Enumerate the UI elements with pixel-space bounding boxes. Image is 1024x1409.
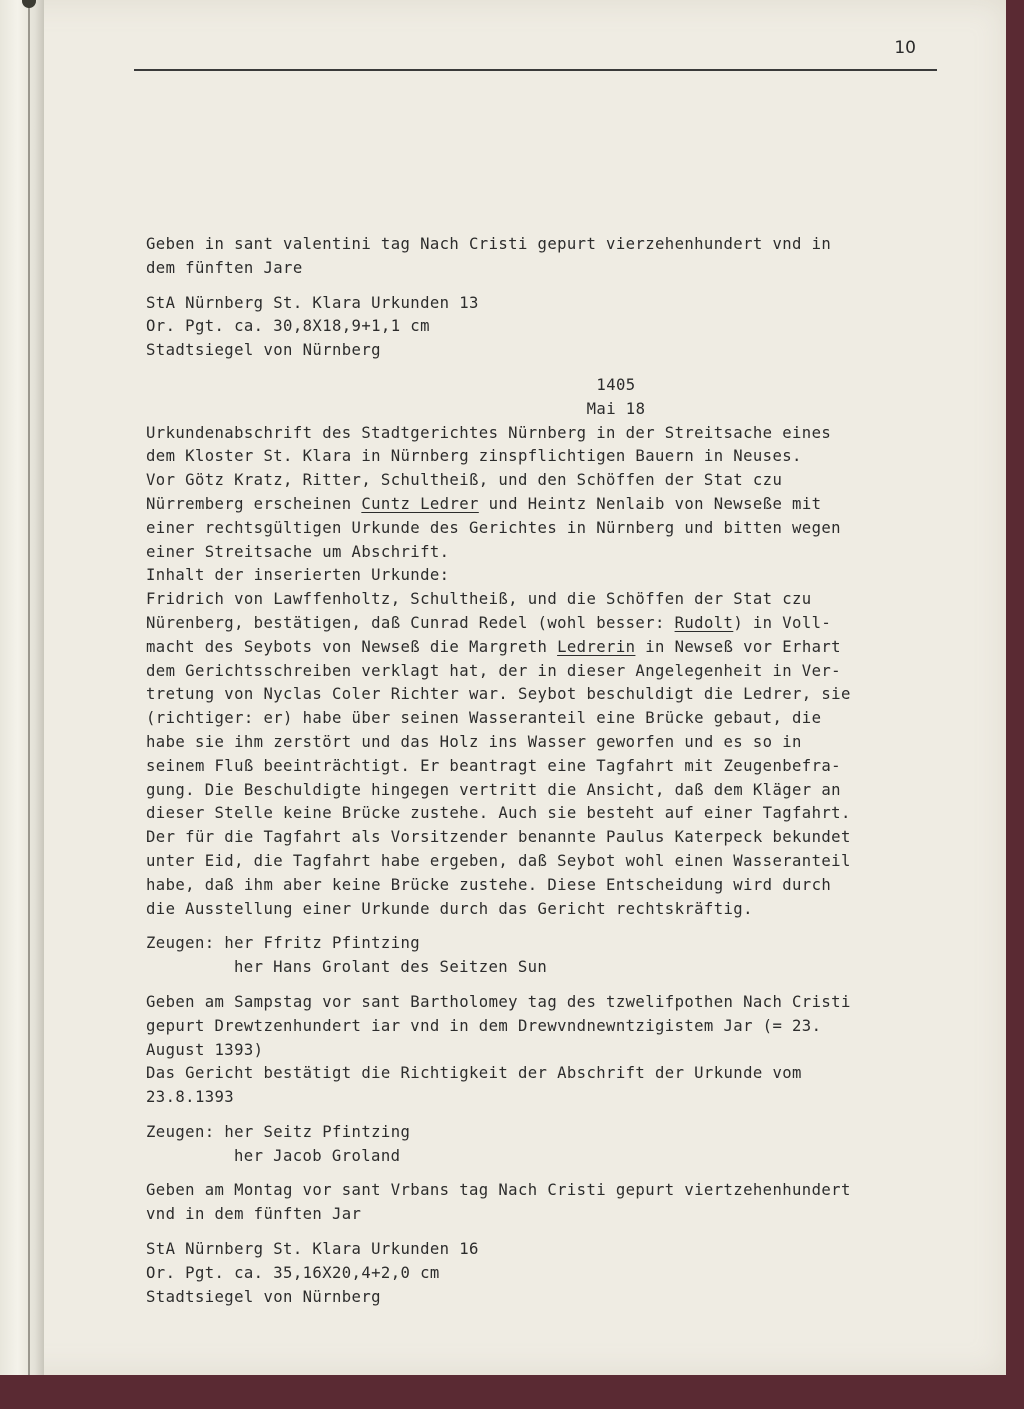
archive-reference: StA Nürnberg St. Klara Urkunden 13 xyxy=(146,292,946,316)
book-binding xyxy=(0,0,44,1375)
witness: her Ffritz Pfintzing xyxy=(224,934,420,952)
text-line: seinem Fluß beeinträchtigt. Er beantragt… xyxy=(146,755,946,779)
text-line: Geben am Sampstag vor sant Bartholomey t… xyxy=(146,991,946,1015)
seal-description: Stadtsiegel von Nürnberg xyxy=(146,1286,946,1310)
text-line: Vor Götz Kratz, Ritter, Schultheiß, und … xyxy=(146,469,946,493)
text-line: Urkundenabschrift des Stadtgerichtes Nür… xyxy=(146,422,946,446)
text-line: dem Kloster St. Klara in Nürnberg zinspf… xyxy=(146,445,946,469)
binding-edge xyxy=(28,0,30,1375)
text-line: einer rechtsgültigen Urkunde des Gericht… xyxy=(146,517,946,541)
text-line: vnd in dem fünften Jar xyxy=(146,1203,946,1227)
text-line: Geben am Montag vor sant Vrbans tag Nach… xyxy=(146,1179,946,1203)
text-line: macht des Seybots von Newseß die Margret… xyxy=(146,636,946,660)
entry-year: 1405 xyxy=(146,374,946,398)
material-dimensions: Or. Pgt. ca. 30,8X18,9+1,1 cm xyxy=(146,315,946,339)
text-line: gepurt Drewtzenhundert iar vnd in dem Dr… xyxy=(146,1015,946,1039)
text-line: Inhalt der inserierten Urkunde: xyxy=(146,564,946,588)
underlined-name: Cuntz Ledrer xyxy=(361,495,478,513)
witnesses-inserted: Zeugen: her Ffritz Pfintzing her Hans Gr… xyxy=(146,932,946,980)
archive-reference: StA Nürnberg St. Klara Urkunden 16 xyxy=(146,1238,946,1262)
document-page: 10 Geben in sant valentini tag Nach Cris… xyxy=(0,0,1006,1375)
entry-date: Mai 18 xyxy=(146,398,946,422)
header-rule xyxy=(134,69,937,71)
text-line: gung. Die Beschuldigte hingegen vertritt… xyxy=(146,779,946,803)
text-line: die Ausstellung einer Urkunde durch das … xyxy=(146,898,946,922)
document-body: Geben in sant valentini tag Nach Cristi … xyxy=(146,233,946,1309)
text-line: Der für die Tagfahrt als Vorsitzender be… xyxy=(146,826,946,850)
text-line: habe sie ihm zerstört und das Holz ins W… xyxy=(146,731,946,755)
entry-summary: Urkundenabschrift des Stadtgerichtes Nür… xyxy=(146,422,946,922)
underlined-name: Rudolt xyxy=(675,614,734,632)
entry-dating: Geben am Montag vor sant Vrbans tag Nach… xyxy=(146,1179,946,1227)
text-line: unter Eid, die Tagfahrt habe ergeben, da… xyxy=(146,850,946,874)
witness: her Hans Grolant des Seitzen Sun xyxy=(146,956,946,980)
witness-label: Zeugen: xyxy=(146,934,224,952)
text-line: einer Streitsache um Abschrift. xyxy=(146,541,946,565)
text-line: Fridrich von Lawffenholtz, Schultheiß, u… xyxy=(146,588,946,612)
text-line: dem Gerichtsschreiben verklagt hat, der … xyxy=(146,660,946,684)
text-line: dem fünften Jare xyxy=(146,257,946,281)
seal-description: Stadtsiegel von Nürnberg xyxy=(146,339,946,363)
text-line: Das Gericht bestätigt die Richtigkeit de… xyxy=(146,1062,946,1086)
text-line: dieser Stelle keine Brücke zustehe. Auch… xyxy=(146,802,946,826)
previous-entry-source: StA Nürnberg St. Klara Urkunden 13 Or. P… xyxy=(146,292,946,363)
material-dimensions: Or. Pgt. ca. 35,16X20,4+2,0 cm xyxy=(146,1262,946,1286)
witness: her Seitz Pfintzing xyxy=(224,1123,410,1141)
text-line: Nürremberg erscheinen Cuntz Ledrer und H… xyxy=(146,493,946,517)
text-line: Geben in sant valentini tag Nach Cristi … xyxy=(146,233,946,257)
text-line: habe, daß ihm aber keine Brücke zustehe.… xyxy=(146,874,946,898)
previous-entry-dating: Geben in sant valentini tag Nach Cristi … xyxy=(146,233,946,281)
witness-label: Zeugen: xyxy=(146,1123,224,1141)
page-number: 10 xyxy=(894,38,916,58)
witness: her Jacob Groland xyxy=(146,1145,946,1169)
text-line: August 1393) xyxy=(146,1039,946,1063)
witnesses-court: Zeugen: her Seitz Pfintzing her Jacob Gr… xyxy=(146,1121,946,1169)
entry-source: StA Nürnberg St. Klara Urkunden 16 Or. P… xyxy=(146,1238,946,1309)
text-line: tretung von Nyclas Coler Richter war. Se… xyxy=(146,683,946,707)
inserted-dating: Geben am Sampstag vor sant Bartholomey t… xyxy=(146,991,946,1110)
text-line: Nürenberg, bestätigen, daß Cunrad Redel … xyxy=(146,612,946,636)
text-line: (richtiger: er) habe über seinen Wassera… xyxy=(146,707,946,731)
underlined-name: Ledrerin xyxy=(557,638,635,656)
text-line: 23.8.1393 xyxy=(146,1086,946,1110)
